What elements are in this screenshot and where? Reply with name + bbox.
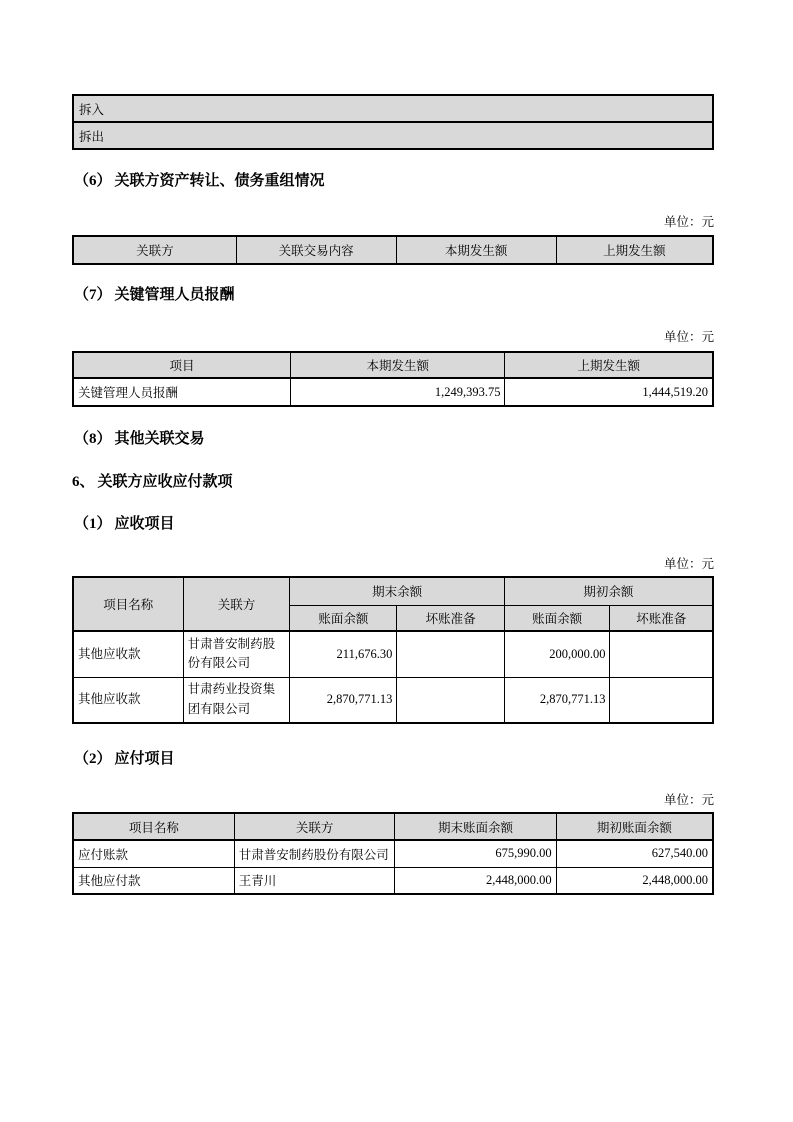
- column-header-group: 期初余额: [504, 577, 713, 605]
- compensation-table: 项目 本期发生额 上期发生额 关键管理人员报酬 1,249,393.75 1,4…: [72, 351, 714, 407]
- unit-label: 单位：元: [72, 216, 714, 229]
- opening-bad-debt-cell: [610, 631, 713, 677]
- section-heading-payable-items: （2）应付项目: [72, 751, 714, 767]
- unit-label: 单位：元: [72, 558, 714, 571]
- table-row: 拆入: [73, 95, 713, 122]
- heading-text: 关联方应收应付款项: [98, 474, 233, 490]
- table-header-row: 项目 本期发生额 上期发生额: [73, 352, 713, 378]
- table-row: 应付账款 甘肃普安制药股份有限公司 675,990.00 627,540.00: [73, 840, 713, 867]
- heading-number: 6、: [72, 474, 95, 490]
- section-heading-receivables-payables: 6、关联方应收应付款项: [72, 474, 714, 490]
- column-header: 本期发生额: [291, 352, 505, 378]
- column-header: 上期发生额: [505, 352, 713, 378]
- heading-text: 其他关联交易: [115, 431, 205, 447]
- related-party-cell: 甘肃普安制药股份有限公司: [234, 840, 395, 867]
- section-heading-asset-transfer: （6）关联方资产转让、债务重组情况: [72, 173, 714, 189]
- column-header: 关联方: [183, 577, 290, 631]
- prior-amount-cell: 1,444,519.20: [505, 378, 713, 406]
- unit-label: 单位：元: [72, 794, 714, 807]
- column-header: 关联方: [73, 236, 236, 264]
- item-cell: 其他应收款: [73, 677, 183, 723]
- column-header: 上期发生额: [556, 236, 713, 264]
- heading-number: （6）: [74, 173, 112, 189]
- heading-text: 关键管理人员报酬: [115, 287, 235, 303]
- column-subheader: 坏账准备: [397, 605, 505, 631]
- current-amount-cell: 1,249,393.75: [291, 378, 505, 406]
- closing-bad-debt-cell: [397, 677, 505, 723]
- receivables-table: 项目名称 关联方 期末余额 期初余额 账面余额 坏账准备 账面余额 坏账准备 其…: [72, 576, 714, 724]
- related-party-cell: 甘肃普安制药股份有限公司: [183, 631, 290, 677]
- interbank-table: 拆入 拆出: [72, 94, 714, 150]
- table-header-row: 关联方 关联交易内容 本期发生额 上期发生额: [73, 236, 713, 264]
- heading-text: 应收项目: [115, 516, 175, 532]
- closing-bad-debt-cell: [397, 631, 505, 677]
- heading-number: （2）: [74, 751, 112, 767]
- column-header: 关联交易内容: [236, 236, 396, 264]
- section-heading-receivable-items: （1）应收项目: [72, 516, 714, 532]
- column-header: 项目名称: [73, 577, 183, 631]
- opening-book-balance-cell: 200,000.00: [504, 631, 610, 677]
- section-heading-key-management: （7）关键管理人员报酬: [72, 287, 714, 303]
- page-content: 拆入 拆出 （6）关联方资产转让、债务重组情况 单位：元 关联方 关联交易内容 …: [0, 94, 793, 895]
- section-heading-other-transactions: （8）其他关联交易: [72, 431, 714, 447]
- column-subheader: 账面余额: [290, 605, 397, 631]
- column-header: 期初账面余额: [556, 813, 713, 840]
- closing-balance-cell: 675,990.00: [395, 840, 556, 867]
- opening-book-balance-cell: 2,870,771.13: [504, 677, 610, 723]
- opening-balance-cell: 2,448,000.00: [556, 867, 713, 894]
- interbank-row-label: 拆出: [73, 122, 713, 149]
- column-header: 关联方: [234, 813, 395, 840]
- closing-balance-cell: 2,448,000.00: [395, 867, 556, 894]
- table-row: 其他应付款 王青川 2,448,000.00 2,448,000.00: [73, 867, 713, 894]
- column-subheader: 账面余额: [504, 605, 610, 631]
- item-cell: 关键管理人员报酬: [73, 378, 291, 406]
- heading-text: 关联方资产转让、债务重组情况: [115, 173, 325, 189]
- column-header-group: 期末余额: [290, 577, 504, 605]
- table-row: 关键管理人员报酬 1,249,393.75 1,444,519.20: [73, 378, 713, 406]
- column-header: 期末账面余额: [395, 813, 556, 840]
- column-subheader: 坏账准备: [610, 605, 713, 631]
- asset-transfer-table: 关联方 关联交易内容 本期发生额 上期发生额: [72, 235, 714, 265]
- document-page: 拆入 拆出 （6）关联方资产转让、债务重组情况 单位：元 关联方 关联交易内容 …: [0, 0, 793, 1122]
- item-cell: 其他应付款: [73, 867, 234, 894]
- table-header-row: 项目名称 关联方 期末余额 期初余额: [73, 577, 713, 605]
- column-header: 本期发生额: [396, 236, 556, 264]
- table-row: 其他应收款 甘肃普安制药股份有限公司 211,676.30 200,000.00: [73, 631, 713, 677]
- item-cell: 其他应收款: [73, 631, 183, 677]
- interbank-row-label: 拆入: [73, 95, 713, 122]
- item-cell: 应付账款: [73, 840, 234, 867]
- opening-balance-cell: 627,540.00: [556, 840, 713, 867]
- heading-text: 应付项目: [115, 751, 175, 767]
- column-header: 项目: [73, 352, 291, 378]
- heading-number: （1）: [74, 516, 112, 532]
- opening-bad-debt-cell: [610, 677, 713, 723]
- table-header-row: 项目名称 关联方 期末账面余额 期初账面余额: [73, 813, 713, 840]
- column-header: 项目名称: [73, 813, 234, 840]
- heading-number: （8）: [74, 431, 112, 447]
- unit-label: 单位：元: [72, 331, 714, 344]
- table-row: 拆出: [73, 122, 713, 149]
- closing-book-balance-cell: 2,870,771.13: [290, 677, 397, 723]
- related-party-cell: 甘肃药业投资集团有限公司: [183, 677, 290, 723]
- table-row: 其他应收款 甘肃药业投资集团有限公司 2,870,771.13 2,870,77…: [73, 677, 713, 723]
- heading-number: （7）: [74, 287, 112, 303]
- related-party-cell: 王青川: [234, 867, 395, 894]
- payables-table: 项目名称 关联方 期末账面余额 期初账面余额 应付账款 甘肃普安制药股份有限公司…: [72, 812, 714, 895]
- closing-book-balance-cell: 211,676.30: [290, 631, 397, 677]
